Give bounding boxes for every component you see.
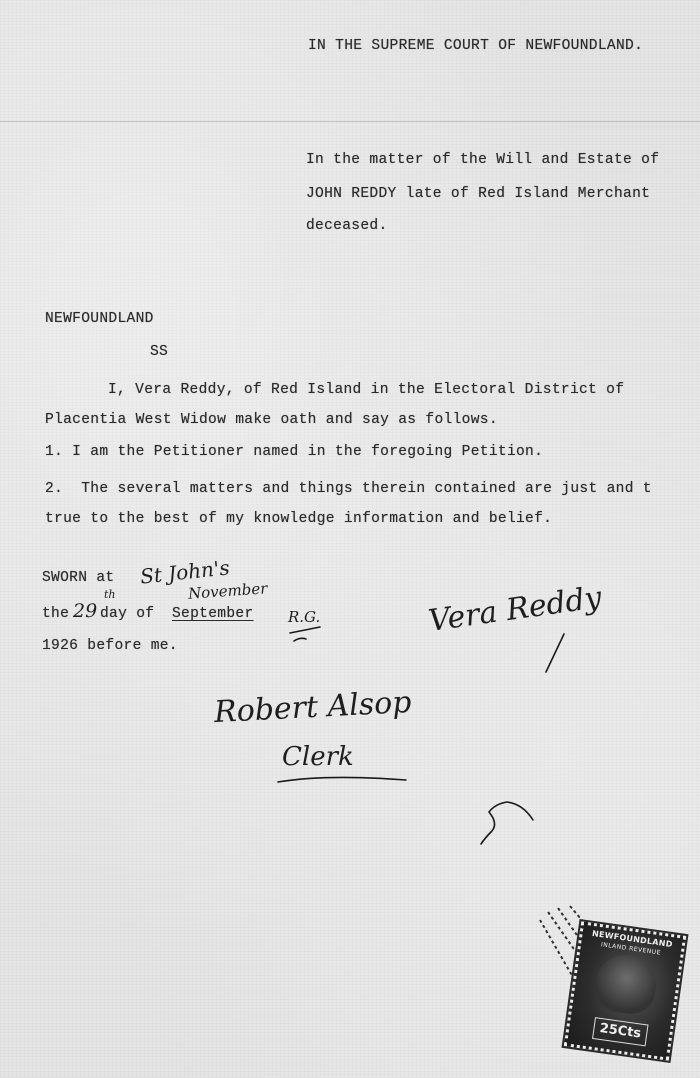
venue-place: NEWFOUNDLAND <box>45 311 154 327</box>
jurat-the: the <box>42 606 69 622</box>
commissioner-signature: Robert Alsop <box>213 685 412 730</box>
signature-underline <box>276 770 411 790</box>
stamp-value: 25Cts <box>592 1017 649 1046</box>
body-line-5: true to the best of my knowledge informa… <box>45 511 552 527</box>
pen-mark <box>475 798 545 848</box>
commissioner-title: Clerk <box>282 742 354 772</box>
signature-flourish <box>540 630 570 680</box>
deponent-signature: Vera Reddy <box>426 580 603 639</box>
matter-line-1: In the matter of the Will and Estate of <box>306 152 659 168</box>
struck-month: September <box>172 606 254 622</box>
scanned-document-page: IN THE SUPREME COURT OF NEWFOUNDLAND. In… <box>0 0 700 1078</box>
handwritten-day: 29 <box>73 600 97 622</box>
handwritten-day-suffix: th <box>104 588 116 601</box>
matter-line-2: JOHN REDDY late of Red Island Merchant <box>306 186 650 202</box>
jurat-year-line: 1926 before me. <box>42 638 178 654</box>
stamp-portrait-icon <box>592 951 659 1017</box>
revenue-stamp: NEWFOUNDLAND INLAND REVENUE 25Cts <box>564 921 687 1061</box>
body-line-4: 2. The several matters and things therei… <box>45 481 652 497</box>
handwritten-initials: R.G. <box>288 608 320 626</box>
matter-line-3: deceased. <box>306 218 388 234</box>
jurat-day-of: day of <box>100 606 154 622</box>
initials-underline <box>288 625 328 645</box>
body-line-3: 1. I am the Petitioner named in the fore… <box>45 444 543 460</box>
paper-crease <box>0 121 700 122</box>
venue-ss: SS <box>150 344 168 360</box>
court-heading: IN THE SUPREME COURT OF NEWFOUNDLAND. <box>308 38 643 54</box>
body-line-2: Placentia West Widow make oath and say a… <box>45 412 498 428</box>
jurat-sworn-at: SWORN at <box>42 570 114 586</box>
handwritten-month: November <box>187 579 267 602</box>
body-line-1: I, Vera Reddy, of Red Island in the Elec… <box>108 382 624 398</box>
